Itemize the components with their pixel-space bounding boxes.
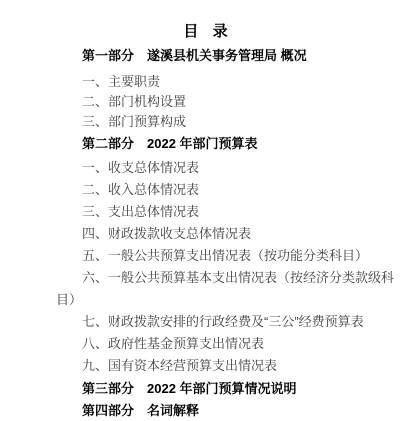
toc-item: 九、国有资本经营预算支出情况表: [56, 355, 396, 377]
toc-item: 三、支出总体情况表: [56, 201, 396, 223]
section-heading: 第二部分 2022 年部门预算表: [56, 133, 396, 155]
toc-item: 五、一般公共预算支出情况表（按功能分类科目）: [56, 245, 396, 267]
section-heading: 第一部分 遂溪县机关事务管理局 概况: [56, 45, 396, 67]
document-page: 目 录 第一部分 遂溪县机关事务管理局 概况一、主要职责二、部门机构设置三、部门…: [0, 0, 416, 421]
section-heading: 第三部分 2022 年部门预算情况说明: [56, 378, 396, 400]
toc-item: 四、财政拨款收支总体情况表: [56, 223, 396, 245]
toc-body: 第一部分 遂溪县机关事务管理局 概况一、主要职责二、部门机构设置三、部门预算构成…: [0, 45, 396, 421]
section-heading: 第四部分 名词解释: [56, 400, 396, 421]
toc-item: 一、主要职责: [56, 72, 396, 92]
toc-item: 一、收支总体情况表: [56, 157, 396, 179]
toc-item: 八、政府性基金预算支出情况表: [56, 333, 396, 355]
toc-item: 六、一般公共预算基本支出情况表（按经济分类款级科目）: [56, 267, 396, 311]
toc-title: 目 录: [0, 0, 416, 42]
toc-item: 七、财政拨款安排的行政经费及“三公”经费预算表: [56, 311, 396, 333]
toc-item: 二、部门机构设置: [56, 92, 396, 112]
toc-item: 三、部门预算构成: [56, 112, 396, 132]
toc-item: 二、收入总体情况表: [56, 179, 396, 201]
